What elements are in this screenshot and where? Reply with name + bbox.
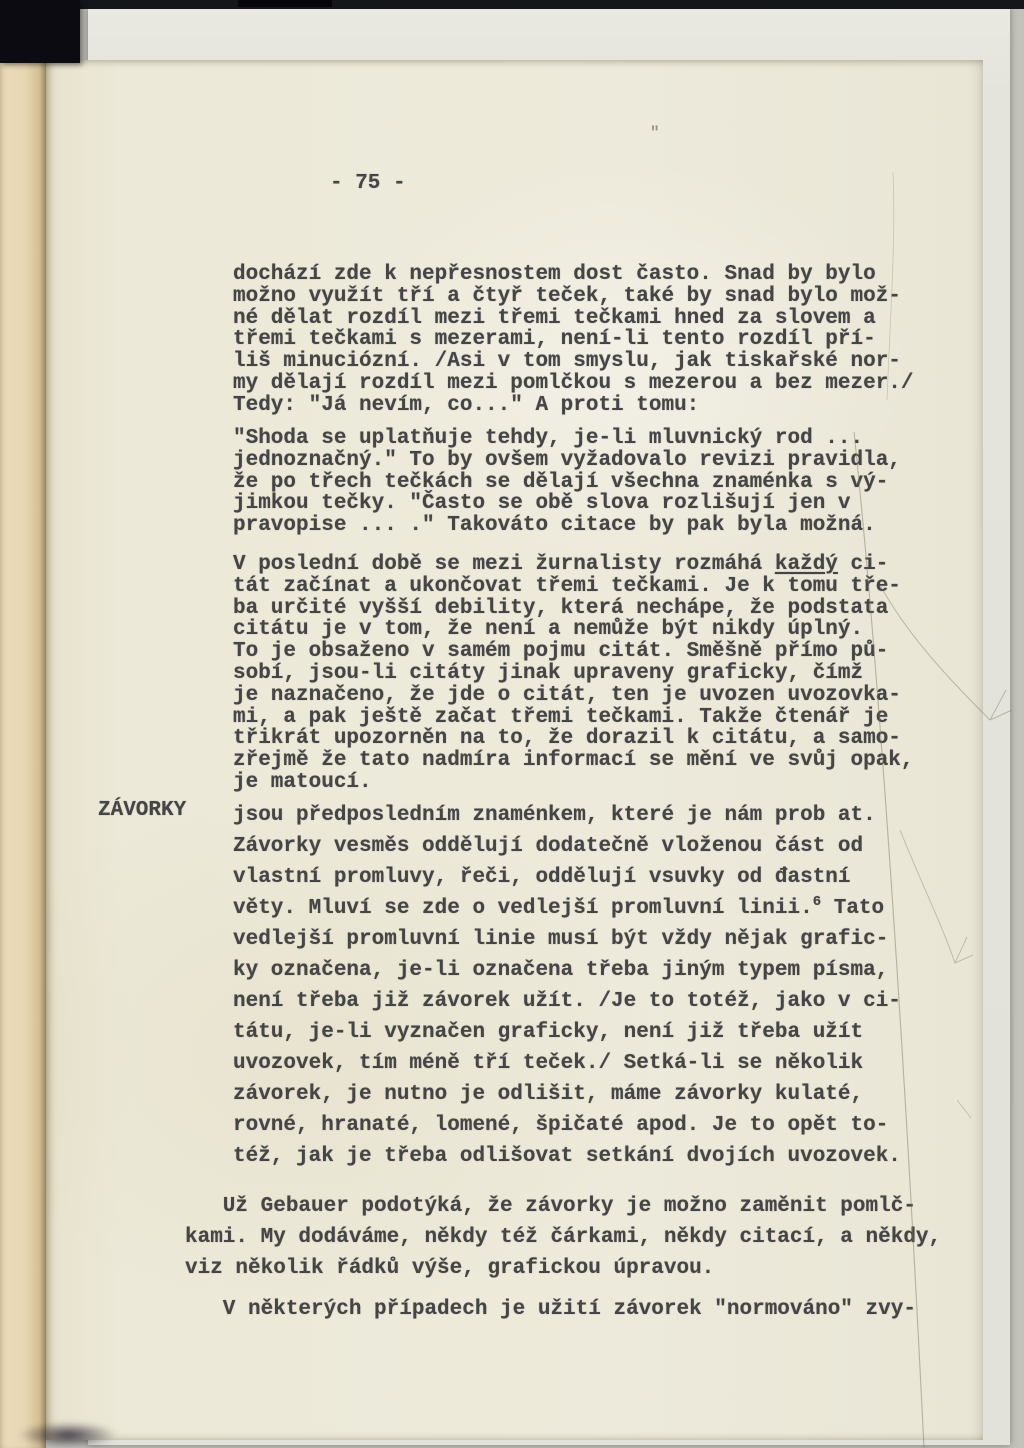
text-line: zřejmě že tato nadmíra informací se mění… (233, 750, 914, 772)
line-segment: V poslední době se mezi žurnalisty rozmá… (233, 553, 775, 576)
text-line: jednoznačný." To by ovšem vyžadovalo rev… (233, 450, 901, 472)
text-line: možno využít tří a čtyř teček, také by s… (233, 286, 914, 308)
paragraph-citat: V poslední době se mezi žurnalisty rozmá… (233, 554, 914, 794)
text-line: To je obsaženo v samém pojmu citát. Směš… (233, 641, 914, 663)
page-stack-edge (0, 58, 46, 1448)
text-line: mi, a pak ještě začat třemi tečkami. Tak… (233, 707, 914, 729)
underlined-word: každý (775, 553, 838, 576)
text-line: uvozovek, tím méně tří teček./ Setká-li … (233, 1048, 901, 1079)
text-line: jimkou tečky. "Často se obě slova rozliš… (233, 493, 901, 515)
stray-mark: " (650, 124, 660, 142)
paragraph-gebauer: Už Gebauer podotýká, že závorky je možno… (185, 1191, 941, 1284)
line-segment: ci- (838, 553, 888, 576)
text-line: třikrát upozorněn na to, že dorazil k ci… (233, 728, 914, 750)
scanner-corner-shadow (0, 0, 80, 63)
text-line: Závorky vesměs oddělují dodatečně vložen… (233, 831, 901, 862)
paragraph-closing: V některých případech je užití závorek "… (185, 1294, 916, 1325)
text-line: vedlejší promluvní linie musí být vždy n… (233, 924, 901, 955)
text-line: že po třech tečkách se dělají všechna zn… (233, 472, 901, 494)
footnote-reference: 6 (813, 894, 821, 910)
text-line-with-footnote: věty. Mluví se zde o vedlejší promluvní … (233, 893, 901, 924)
text-line: "Shoda se uplatňuje tehdy, je-li mluvnic… (233, 428, 901, 450)
text-line: je naznačeno, že jde o citát, ten je uvo… (233, 685, 914, 707)
text-line: V poslední době se mezi žurnalisty rozmá… (233, 554, 914, 576)
line-segment: Tato (821, 897, 884, 920)
text-line: rovné, hranaté, lomené, špičaté apod. Je… (233, 1110, 901, 1141)
text-line: sobí, jsou-li citáty jinak upraveny graf… (233, 663, 914, 685)
text-line: třemi tečkami s mezerami, není-li tento … (233, 329, 914, 351)
paragraph-zavorky: jsou předposledním znaménkem, které je n… (233, 800, 901, 1172)
text-line: není třeba již závorek užít. /Je to toté… (233, 986, 901, 1017)
text-line: Tedy: "Já nevím, co..." A proti tomu: (233, 395, 914, 417)
section-label-zavorky: ZÁVORKY (98, 800, 186, 822)
text-line: ba určité vyšší debility, která nechápe,… (233, 598, 914, 620)
scanner-top-notch (238, 0, 332, 7)
text-line: ky označena, je-li označena třeba jiným … (233, 955, 901, 986)
text-line: pravopise ... ." Takováto citace by pak … (233, 515, 901, 537)
page-number: - 75 - (330, 173, 406, 195)
text-line: dochází zde k nepřesnostem dost často. S… (233, 264, 914, 286)
text-line: tátu, je-li vyznačen graficky, není již … (233, 1017, 901, 1048)
text-line: tát začínat a ukončovat třemi tečkami. J… (233, 576, 914, 598)
text-line: závorek, je nutno je odlišit, máme závor… (233, 1079, 901, 1110)
text-line: citátu je v tom, že není a nemůže být ni… (233, 619, 914, 641)
paragraph-shoda-quote: "Shoda se uplatňuje tehdy, je-li mluvnic… (233, 428, 901, 537)
text-line: vlastní promluvy, řeči, oddělují vsuvky … (233, 862, 901, 893)
scanned-document-screenshot: { "page": { "number_label": "- 75 -", "s… (0, 0, 1024, 1448)
paragraph-intro: dochází zde k nepřesnostem dost často. S… (233, 264, 914, 417)
text-line: liš minuciózní. /Asi v tom smyslu, jak t… (233, 351, 914, 373)
line-segment: věty. Mluví se zde o vedlejší promluvní … (233, 897, 813, 920)
text-line: my dělají rozdíl mezi pomlčkou s mezerou… (233, 373, 914, 395)
text-line: viz několik řádků výše, grafickou úpravo… (185, 1253, 941, 1284)
text-line: kami. My dodáváme, někdy též čárkami, ně… (185, 1222, 941, 1253)
text-line: je matoucí. (233, 772, 914, 794)
text-line: též, jak je třeba odlišovat setkání dvoj… (233, 1141, 901, 1172)
scanner-top-edge (0, 0, 1024, 9)
scanner-bottom-shadow (18, 1422, 118, 1448)
text-line: Už Gebauer podotýká, že závorky je možno… (185, 1191, 941, 1222)
text-line: jsou předposledním znaménkem, které je n… (233, 800, 901, 831)
text-line: né dělat rozdíl mezi třemi tečkami hned … (233, 308, 914, 330)
